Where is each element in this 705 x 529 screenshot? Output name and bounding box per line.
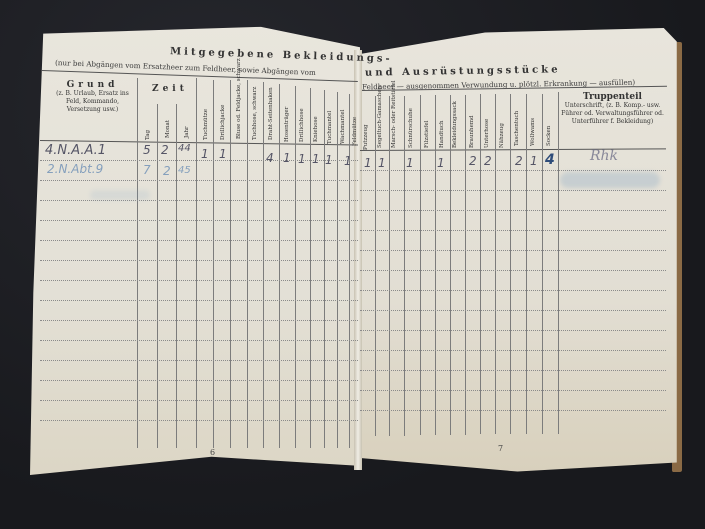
col-socken: Socken bbox=[546, 106, 552, 146]
col-taschentuch: Taschentuch bbox=[514, 100, 520, 146]
entry-1-braunhemd: 2 bbox=[469, 154, 477, 168]
entry-1-segeltuch-gamaschen: 1 bbox=[378, 156, 386, 170]
grid-line bbox=[450, 95, 451, 435]
grund-header: Grund (z. B. Urlaub, Ersatz ins Feld, Ko… bbox=[50, 80, 135, 114]
row-line bbox=[360, 370, 666, 371]
entry-1-draht-seitenhaken: 4 bbox=[266, 151, 274, 165]
row-line bbox=[360, 270, 666, 271]
col-filzstiefel: Filzstiefel bbox=[424, 110, 430, 148]
entry-1-hosentraeger: 1 bbox=[283, 151, 291, 165]
col-bekleidungssack: Bekleidungssack bbox=[452, 104, 464, 148]
grid-line bbox=[526, 94, 527, 434]
row-line bbox=[40, 220, 358, 221]
grund-heading: Grund bbox=[50, 80, 135, 90]
grid-line bbox=[324, 90, 325, 448]
entry-1-tuchmantel: 1 bbox=[325, 153, 333, 167]
page-number-right: 7 bbox=[498, 444, 503, 453]
ink-smudge bbox=[90, 190, 150, 200]
col-segeltuch-gamaschen: Segeltuch-Gamaschen bbox=[377, 104, 389, 148]
grid-line bbox=[495, 94, 496, 434]
row-line bbox=[360, 290, 666, 291]
row-line bbox=[360, 330, 666, 331]
col-kniehose: Kniehose bbox=[313, 98, 319, 142]
row-line bbox=[40, 240, 358, 241]
row-line bbox=[40, 300, 358, 301]
col-unterhose: Unterhose bbox=[484, 108, 490, 148]
col-feldmuetze: Feldmütze bbox=[352, 102, 358, 146]
grid-line bbox=[542, 94, 543, 434]
col-drillichhose: Drillichhose bbox=[299, 94, 305, 142]
grid-line bbox=[435, 95, 436, 435]
col-braunhemd: Braunhemd bbox=[469, 106, 475, 148]
entry-1-unterhose: 2 bbox=[484, 154, 492, 168]
grid-line bbox=[247, 80, 248, 448]
truppenteil-header: Truppenteil Unterschrift, (z. B. Komp.- … bbox=[560, 92, 665, 126]
col-wollwams: Wollwams bbox=[530, 104, 536, 146]
grid-line bbox=[558, 92, 559, 434]
truppenteil-heading: Truppenteil bbox=[560, 92, 665, 102]
grund-note: (z. B. Urlaub, Ersatz ins Feld, Kommando… bbox=[50, 90, 135, 114]
entry-1-drillichhose: 1 bbox=[298, 152, 306, 166]
grid-line bbox=[263, 82, 264, 448]
col-handtuch: Handtuch bbox=[439, 110, 445, 148]
ink-smudge bbox=[560, 172, 660, 188]
entry-1-taschentuch: 2 bbox=[515, 154, 523, 168]
row-line bbox=[360, 190, 666, 191]
grid-line bbox=[213, 80, 214, 448]
grid-line bbox=[337, 92, 338, 448]
col-hosentraeger: Hosenträger bbox=[284, 92, 290, 142]
col-wachmantel: Wachmantel bbox=[340, 100, 346, 144]
zeit-heading: Zeit bbox=[152, 84, 188, 94]
col-schnuerschuhe: Schnürschuhe bbox=[408, 104, 414, 148]
row-line bbox=[40, 180, 358, 181]
row-line bbox=[360, 410, 666, 411]
truppenteil-note: Unterschrift, (z. B. Komp.- usw. Führer … bbox=[560, 102, 665, 126]
entry-1-drillichjacke: 1 bbox=[219, 147, 227, 161]
entry-1-wollwams: 1 bbox=[530, 154, 538, 168]
entry-1-socken: 4 bbox=[545, 152, 555, 168]
grid-line bbox=[230, 80, 231, 448]
entry-1-putzzeug: 1 bbox=[364, 156, 372, 170]
grid-line bbox=[310, 88, 311, 448]
grid-line bbox=[349, 94, 350, 448]
entry-1-tag: 5 bbox=[143, 143, 151, 157]
entry-1-schnuerschuhe: 1 bbox=[406, 156, 414, 170]
row-line bbox=[40, 160, 358, 161]
row-line bbox=[40, 280, 358, 281]
row-line bbox=[360, 350, 666, 351]
row-line bbox=[40, 400, 358, 401]
grid-line bbox=[137, 78, 138, 448]
col-putzzeug: Putzzeug bbox=[363, 110, 369, 150]
grid-line bbox=[510, 94, 511, 434]
entry-1-feldmuetze: 1 bbox=[344, 154, 352, 168]
row-line bbox=[360, 170, 666, 171]
grid-line bbox=[375, 96, 376, 436]
row-line bbox=[360, 310, 666, 311]
col-monat: Monat bbox=[165, 106, 171, 138]
row-line bbox=[40, 420, 358, 421]
row-line bbox=[40, 200, 358, 201]
col-jahr: Jahr bbox=[184, 106, 190, 138]
col-tag: Tag bbox=[145, 108, 151, 140]
entry-2-grund: 2.N.Abt.9 bbox=[47, 162, 103, 176]
col-tuchmuetze: Tuchmütze bbox=[203, 90, 209, 140]
row-line bbox=[40, 340, 358, 341]
entry-1-handtuch: 1 bbox=[437, 156, 445, 170]
col-naehzeug: Nähzeug bbox=[499, 110, 505, 148]
entry-1-jahr: 44 bbox=[178, 143, 191, 154]
row-line bbox=[40, 260, 358, 261]
grid-line bbox=[157, 104, 158, 448]
entry-2-monat: 2 bbox=[163, 164, 171, 178]
grid-line bbox=[389, 96, 390, 436]
grid-line bbox=[465, 95, 466, 435]
grid-line bbox=[295, 86, 296, 448]
entry-2-jahr: 45 bbox=[178, 165, 191, 176]
entry-1-kniehose: 1 bbox=[312, 152, 320, 166]
col-marsch-reitstiefel: Marsch- oder Reitstiefel bbox=[391, 104, 403, 148]
grid-line bbox=[480, 94, 481, 434]
entry-1-tuchmuetze: 1 bbox=[201, 147, 209, 161]
entry-2-tag: 7 bbox=[143, 163, 151, 177]
row-line bbox=[40, 380, 358, 381]
grid-line bbox=[420, 95, 421, 435]
row-line bbox=[360, 390, 666, 391]
row-line bbox=[360, 210, 666, 211]
col-tuchmantel: Tuchmantel bbox=[327, 100, 333, 144]
row-line bbox=[360, 250, 666, 251]
row-line bbox=[40, 320, 358, 321]
grid-line bbox=[196, 78, 197, 448]
entry-1-grund: 4.N.A.A.1 bbox=[45, 143, 106, 158]
page-number-left: 6 bbox=[210, 448, 215, 457]
soldbuch-booklet: Mitgegebene Bekleidungs- und Ausrüstungs… bbox=[0, 0, 705, 529]
grid-line bbox=[279, 84, 280, 448]
row-line bbox=[360, 230, 666, 231]
entry-1-signature: Rhk bbox=[590, 148, 618, 164]
row-line bbox=[40, 360, 358, 361]
entry-1-monat: 2 bbox=[161, 143, 169, 157]
grid-line bbox=[404, 96, 405, 436]
col-drillichjacke: Drillichjacke bbox=[220, 90, 226, 140]
grid-line bbox=[176, 104, 177, 448]
